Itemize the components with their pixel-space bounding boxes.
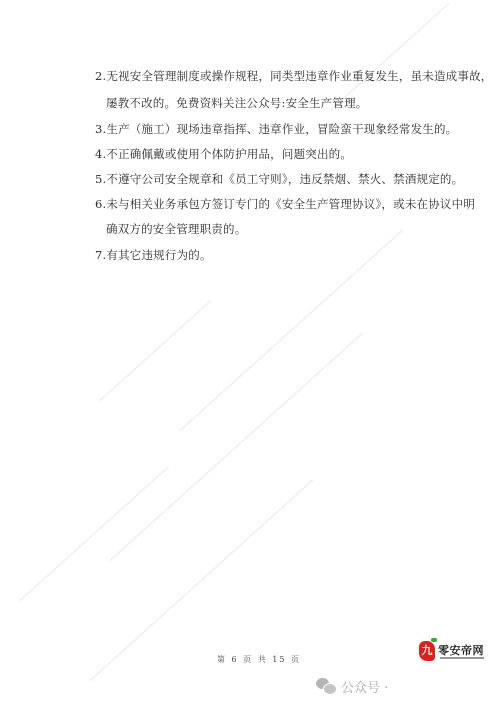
text-line: 屡教不改的。免费资料关注公众号:安全生产管理。 xyxy=(106,95,367,111)
text-line: 3.生产（施工）现场违章指挥、违章作业，冒险蛮干现象经常发生的。 xyxy=(95,121,457,137)
watermark xyxy=(100,300,212,401)
wechat-label: 公众号 · xyxy=(341,677,388,696)
logo-mark-icon: 九 xyxy=(419,641,435,661)
watermark xyxy=(110,333,363,561)
watermark xyxy=(90,479,314,680)
site-logo: 九 零安帝网 xyxy=(419,640,487,664)
text-line: 2.无视安全管理制度或操作规程，同类型违章作业重复发生，虽未造成事故， xyxy=(95,68,492,84)
text-line: 确双方的安全管理职责的。 xyxy=(106,221,246,237)
text-line: 7.有其它违规行为的。 xyxy=(95,247,212,263)
watermark xyxy=(20,466,169,601)
wechat-official-account-badge: 公众号 · xyxy=(316,677,388,695)
leaf-icon xyxy=(431,638,437,642)
logo-subline xyxy=(440,657,484,659)
text-line: 6.未与相关业务承包方签订专门的《安全生产管理协议》，或未在协议中明 xyxy=(95,196,475,212)
watermark xyxy=(180,229,404,430)
logo-text: 零安帝网 xyxy=(438,642,484,658)
wechat-icon xyxy=(316,678,336,694)
page-number: 第 6 页 共 15 页 xyxy=(217,654,301,665)
text-line: 4.不正确佩戴或使用个体防护用品，问题突出的。 xyxy=(95,146,352,162)
text-line: 5.不遵守公司安全规章和《员工守则》，违反禁烟、禁火、禁酒规定的。 xyxy=(95,171,463,187)
